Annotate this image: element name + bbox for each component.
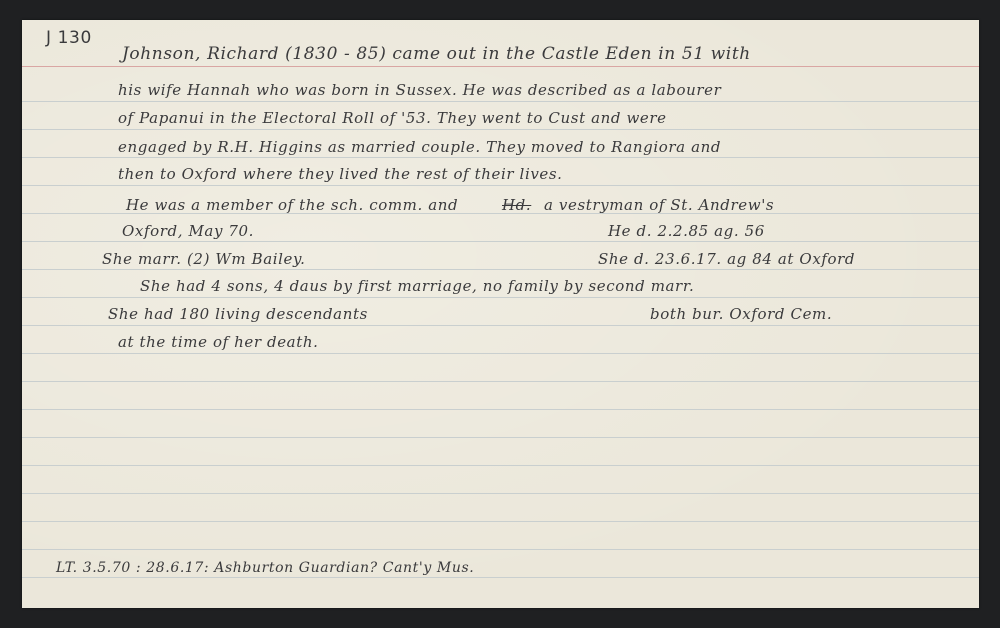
entry-line-1: Johnson, Richard (1830 - 85) came out in… <box>122 46 751 63</box>
header-red-rule <box>22 66 979 67</box>
entry-line-7a: Oxford, May 70. <box>122 224 254 239</box>
ruled-line <box>22 101 979 102</box>
ruled-line <box>22 269 979 270</box>
ruled-line <box>22 297 979 298</box>
card-reference-code: J 130 <box>46 30 92 47</box>
ruled-line <box>22 185 979 186</box>
index-card: J 130 Johnson, Richard (1830 - 85) came … <box>22 20 979 608</box>
entry-line-2: his wife Hannah who was born in Sussex. … <box>118 83 721 98</box>
entry-line-3: of Papanui in the Electoral Roll of '53.… <box>118 111 667 126</box>
ruled-line <box>22 465 979 466</box>
ruled-line <box>22 577 979 578</box>
entry-line-8b-wife-death: She d. 23.6.17. ag 84 at Oxford <box>598 252 855 267</box>
ruled-line <box>22 241 979 242</box>
ruled-line <box>22 325 979 326</box>
entry-line-9: She had 4 sons, 4 daus by first marriage… <box>140 279 694 294</box>
entry-line-6-struck-word: Hd. <box>502 198 531 213</box>
entry-line-11: at the time of her death. <box>118 335 318 350</box>
entry-line-10b-burial: both bur. Oxford Cem. <box>650 307 832 322</box>
entry-line-5: then to Oxford where they lived the rest… <box>118 167 563 182</box>
entry-line-8a: She marr. (2) Wm Bailey. <box>102 252 306 267</box>
ruled-line <box>22 493 979 494</box>
ruled-line <box>22 549 979 550</box>
ruled-line <box>22 157 979 158</box>
entry-line-4: engaged by R.H. Higgins as married coupl… <box>118 140 721 155</box>
entry-line-6c: a vestryman of St. Andrew's <box>544 198 774 213</box>
entry-line-10a: She had 180 living descendants <box>108 307 368 322</box>
entry-line-6a: He was a member of the sch. comm. and <box>126 198 458 213</box>
ruled-line <box>22 521 979 522</box>
ruled-line <box>22 353 979 354</box>
ruled-line <box>22 409 979 410</box>
source-footer: LT. 3.5.70 : 28.6.17: Ashburton Guardian… <box>56 561 474 575</box>
ruled-line <box>22 437 979 438</box>
ruled-line <box>22 381 979 382</box>
entry-line-7b-husband-death: He d. 2.2.85 ag. 56 <box>608 224 765 239</box>
ruled-line <box>22 129 979 130</box>
